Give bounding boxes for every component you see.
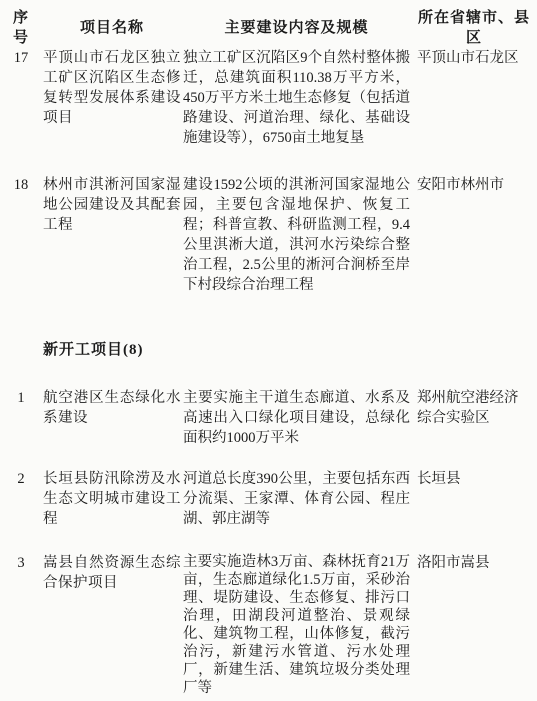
header-content: 主要建设内容及规模 [183,18,410,38]
table-row: 2 长垣县防汛除涝及水生态文明城市建设工程 河道总长度390公里，主要包括东西分… [0,469,537,529]
header-project-name: 项目名称 [43,18,181,38]
header-region: 所在省辖市、县区 [417,8,531,48]
project-content-cell: 河道总长度390公里，主要包括东西分流渠、王家潭、体育公园、程庄湖、郭庄湖等 [183,469,410,529]
project-name-cell: 嵩县自然资源生态综合保护项目 [43,553,181,593]
section-heading-new-projects: 新开工项目(8) [43,340,537,360]
project-name-cell: 林州市淇淅河国家湿地公园建设及其配套工程 [43,175,181,235]
project-content-cell: 独立工矿区沉陷区9个自然村整体搬迁，总建筑面积110.38万平方米，450万平方… [183,48,410,148]
document-page: 序号 项目名称 主要建设内容及规模 所在省辖市、县区 17 平顶山市石龙区独立工… [0,0,537,701]
table-row: 17 平顶山市石龙区独立工矿区沉陷区生态修复转型发展体系建设项目 独立工矿区沉陷… [0,48,537,148]
region-cell: 安阳市林州市 [417,175,531,195]
table-header-row: 序号 项目名称 主要建设内容及规模 所在省辖市、县区 [0,0,537,48]
table-row: 18 林州市淇淅河国家湿地公园建设及其配套工程 建设1592公顷的淇淅河国家湿地… [0,175,537,295]
project-content-cell: 主要实施主干道生态廊道、水系及高速出入口绿化项目建设，总绿化面积约1000万平米 [183,388,410,448]
project-name-cell: 平顶山市石龙区独立工矿区沉陷区生态修复转型发展体系建设项目 [43,48,181,128]
row-number: 3 [6,553,36,573]
region-cell: 洛阳市嵩县 [417,553,531,573]
row-number: 17 [6,48,36,68]
project-content-cell: 主要实施造林3万亩、森林抚育21万亩，生态廊道绿化1.5万亩，采砂治理、堤防建设… [183,553,410,697]
region-cell: 平顶山市石龙区 [417,48,531,68]
header-seq: 序号 [6,8,36,48]
project-content-cell: 建设1592公顷的淇淅河国家湿地公园，主要包含湿地保护、恢复工程；科普宣教、科研… [183,175,410,295]
table-row: 3 嵩县自然资源生态综合保护项目 主要实施造林3万亩、森林抚育21万亩，生态廊道… [0,553,537,697]
region-cell: 长垣县 [417,469,531,489]
row-number: 18 [6,175,36,195]
row-number: 2 [6,469,36,489]
table-row: 1 航空港区生态绿化水系建设 主要实施主干道生态廊道、水系及高速出入口绿化项目建… [0,388,537,448]
project-name-cell: 航空港区生态绿化水系建设 [43,388,181,428]
project-name-cell: 长垣县防汛除涝及水生态文明城市建设工程 [43,469,181,529]
region-cell: 郑州航空港经济综合实验区 [417,388,531,428]
row-number: 1 [6,388,36,408]
